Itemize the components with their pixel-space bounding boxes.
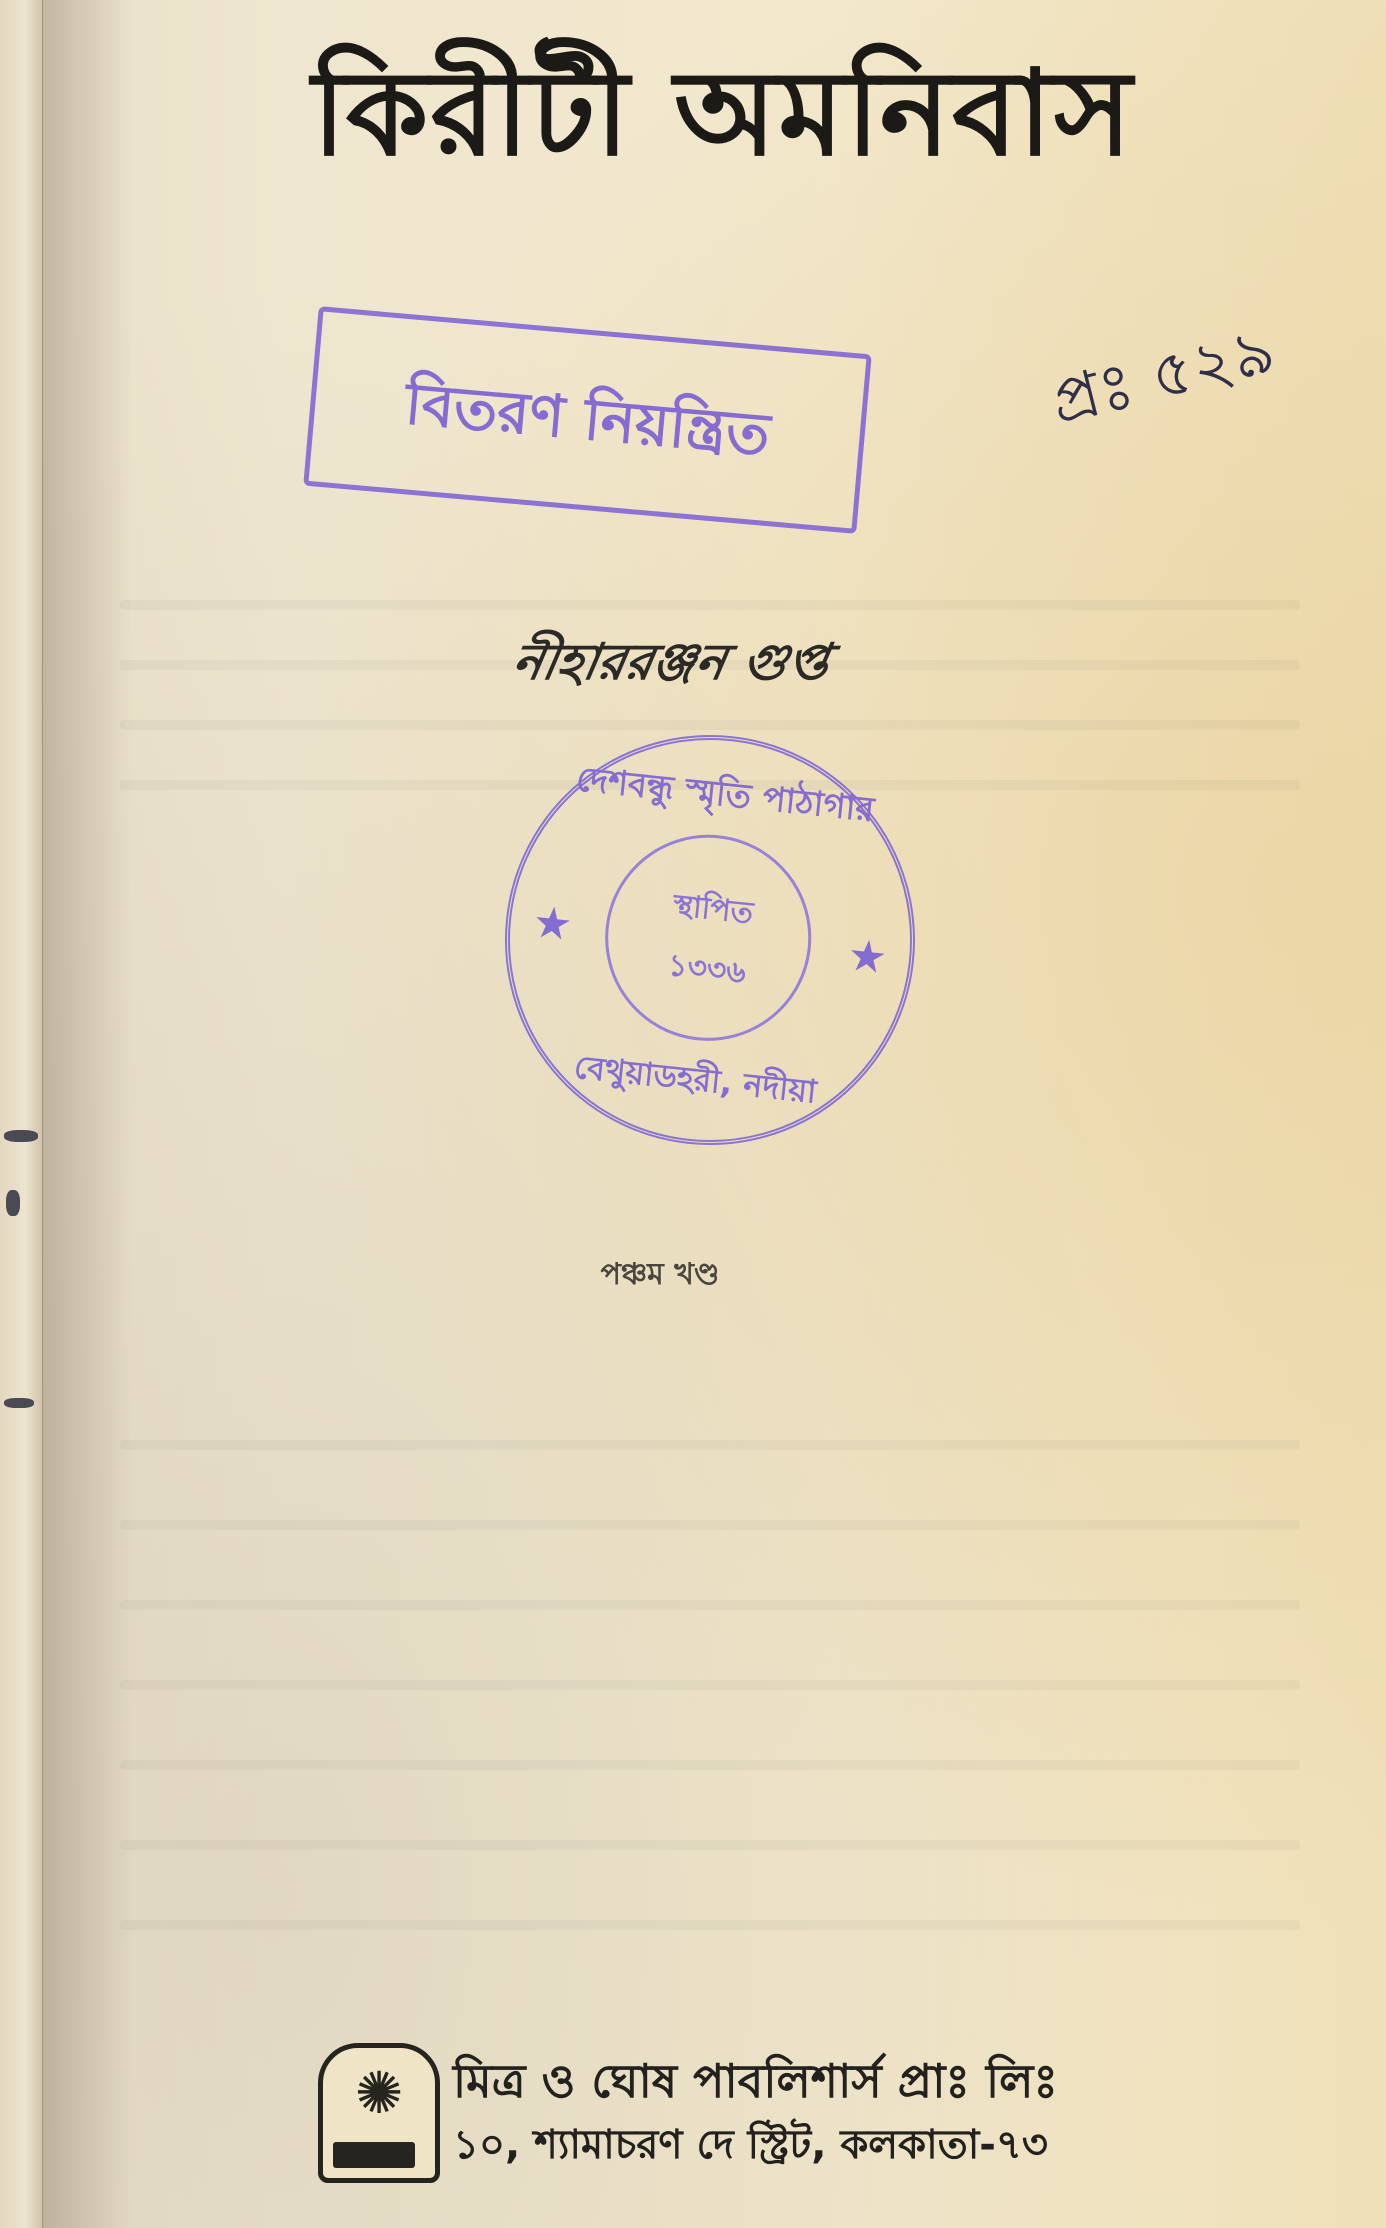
show-through-text [120, 1760, 1300, 1770]
show-through-text [120, 1600, 1300, 1610]
show-through-text [120, 1440, 1300, 1450]
author-signature: নীহাররঞ্জন গুপ্ত [393, 625, 948, 708]
library-stamp-name: দেশবন্ধু স্মৃতি পাঠাগার [523, 748, 927, 846]
publisher-address: ১০, শ্যামাচরণ দে স্ট্রিট, কলকাতা-৭৩ [453, 2113, 1048, 2180]
gutter-shadow [42, 0, 132, 2228]
tree-glyph: ✺ [323, 2058, 435, 2128]
library-stamp-location: বেথুয়াডহরী, নদীয়া [493, 1033, 896, 1129]
torn-edge-mark [6, 1190, 20, 1216]
show-through-text [120, 600, 1300, 610]
show-through-text [120, 1920, 1300, 1930]
distribution-stamp-text: বিতরণ নিয়ন্ত্রিত [312, 351, 863, 495]
publisher-name: মিত্র ও ঘোষ পাবলিশার্স প্রাঃ লিঃ [453, 2047, 1058, 2123]
torn-edge-mark [4, 1130, 38, 1142]
show-through-text [120, 1840, 1300, 1850]
book-binding-edge [0, 0, 43, 2228]
logo-nameplate [333, 2142, 415, 2168]
torn-edge-mark [4, 1398, 34, 1408]
handwritten-accession-note: প্রঃ ৫২৯ [1041, 287, 1348, 461]
book-title: কিরীটী অমনিবাস [268, 38, 1178, 188]
volume-label: পঞ্চম খণ্ড [480, 1250, 840, 1301]
show-through-text [120, 1520, 1300, 1530]
show-through-text [120, 720, 1300, 730]
distribution-stamp: বিতরণ নিয়ন্ত্রিত [303, 306, 872, 534]
book-title-page: কিরীটী অমনিবাস বিতরণ নিয়ন্ত্রিত প্রঃ ৫২… [0, 0, 1386, 2228]
tree-logo-icon: ✺ [318, 2043, 440, 2183]
publisher-block: ✺ মিত্র ও ঘোষ পাবলিশার্স প্রাঃ লিঃ ১০, শ… [318, 2035, 1038, 2185]
show-through-text [120, 1680, 1300, 1690]
